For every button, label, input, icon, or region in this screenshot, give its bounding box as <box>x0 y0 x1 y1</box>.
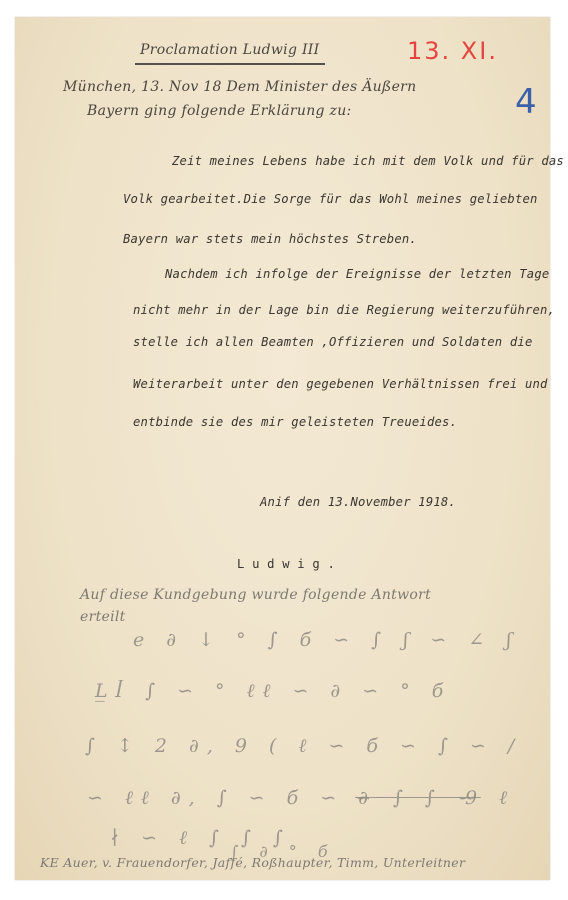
footer-names-note: KE Auer, v. Frauendorfer, Jaffé, Roßhaup… <box>40 855 465 870</box>
annotation-line-2: erteilt <box>80 609 126 625</box>
shorthand-line-4-tail: 9 ℓ <box>465 787 515 810</box>
page-number: 4 <box>515 82 537 122</box>
title-underline <box>135 63 325 65</box>
shorthand-line-4: ∽ ℓℓ ∂, ∫ ∽ б ∽ ∂ <box>87 787 376 810</box>
handwritten-note-line-1: München, 13. Nov 18 Dem Minister des Äuß… <box>63 79 416 95</box>
signature: L u d w i g . <box>237 557 335 571</box>
handwritten-note-line-2: Bayern ging folgende Erklärung zu: <box>87 103 352 119</box>
shorthand-line-2: L̲ꟾ ∫ ∽ ° ℓℓ ∽ ∂ ∽ ° б <box>95 680 451 703</box>
red-date-stamp: 13. XI. <box>407 37 498 65</box>
annotation-line-1: Auf diese Kundgebung wurde folgende Antw… <box>80 587 431 603</box>
typed-line-1: Zeit meines Lebens habe ich mit dem Volk… <box>172 154 564 168</box>
typed-line-2: Volk gearbeitet.Die Sorge für das Wohl m… <box>123 192 538 206</box>
typed-line-6: stelle ich allen Beamten ,Offizieren und… <box>133 335 533 349</box>
typed-line-3: Bayern war stets mein höchstes Streben. <box>123 232 417 246</box>
handwritten-title: Proclamation Ludwig III <box>140 42 319 58</box>
document-page: Proclamation Ludwig III 13. XI. 4 Münche… <box>15 17 550 880</box>
shorthand-line-1: e ∂ ↓ ° ∫ б ∽ ∫ ʃ ∽ ∠ ʃ <box>133 629 519 651</box>
typed-line-5: nicht mehr in der Lage bin die Regierung… <box>133 303 555 317</box>
shorthand-line-3: ∫ ↕ 2 ∂, 9 ( ℓ ∽ б ∽ ∫ ∽ / <box>85 735 522 758</box>
typed-line-8: entbinde sie des mir geleisteten Treueid… <box>133 415 457 429</box>
typed-line-7: Weiterarbeit unter den gegebenen Verhält… <box>133 377 548 391</box>
shorthand-struck-word: ∽ ∫ ∫ ∽ <box>355 787 481 809</box>
typed-line-4: Nachdem ich infolge der Ereignisse der l… <box>165 267 549 281</box>
place-date: Anif den 13.November 1918. <box>260 495 456 509</box>
